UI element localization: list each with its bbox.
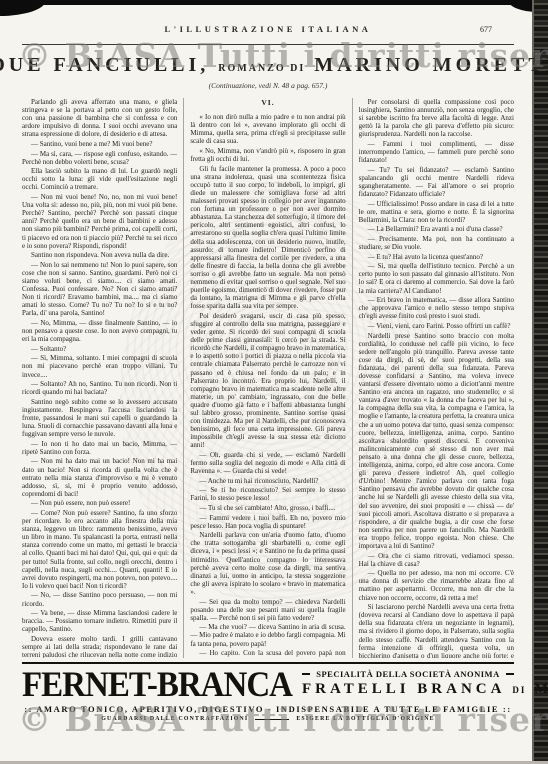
page-number: 677 [480,25,492,34]
paragraph: Nardelli prese Santino sotto braccio con… [359,332,514,551]
ad-dash-right [506,673,514,675]
title-author: MARINO MORETTI. [314,54,548,77]
ad-right-block: SPECIALITÀ DELLA SOCIETÀ ANONIMA FRATELL… [292,667,514,698]
fernet-branca-ad: FERNET-BRANCA SPECIALITÀ DELLA SOCIETÀ A… [22,662,514,722]
paragraph: « Io non dirò nulla a mio padre e tu non… [190,113,345,145]
paragraph: — Non mi vuoi bene! No, no, non mi vuoi … [22,193,177,250]
paragraph: — Non mi ha dato mai un bacio! Non mi ha… [22,457,177,497]
paragraph: Gli fu facile mantener la promessa. A po… [190,165,345,311]
paragraph: — Se ti ho riconosciuto? Sei sempre lo s… [190,486,345,502]
chapter-heading: VI. [190,99,345,107]
book-binding-strip [532,0,548,764]
ad-specialty: SPECIALITÀ DELLA SOCIETÀ ANONIMA [316,669,499,679]
paragraph: — Sì, Mimma, soltanto. I miei compagni d… [22,354,177,378]
article-title: I DUE FANCIULLI, ROMANZO DI MARINO MORET… [22,54,514,77]
paragraph: — Ora che ci siamo ritrovati, vediamoci … [359,552,514,568]
ad-company-city: MILANO [534,681,548,697]
paragraph: — Ma che vuoi? — diceva Santino in aria … [190,623,345,647]
journal-header: L'ILLUSTRAZIONE ITALIANA 677 [22,24,514,42]
paragraph: — Santino, vuoi bene a me? Mi vuoi bene? [22,140,177,148]
paragraph: — La Bellarmini? Era avanti a noi d'una … [359,225,514,233]
paragraph: — Soltanto? [22,345,177,353]
paragraph: Santino non rispondeva. Non aveva nulla … [22,251,177,259]
paragraph: Parlando gli aveva afferrato una mano, e… [22,98,177,138]
paragraph: Ella lasciò subito la mano di lui. Lo gu… [22,167,177,191]
paragraph: Poi desiderò svagarsi, uscir di casa più… [190,312,345,450]
paragraph: — Va bene, — disse Mimma lasciandosi cad… [22,609,177,633]
header-rule [22,44,514,45]
paragraph: — Eri bravo in matematica, — disse allor… [359,296,514,320]
paragraph: — Tu? Tu sei fidanzato? — esclamò Santin… [359,166,514,198]
scan-top-edge [0,0,548,5]
ad-top-row: FERNET-BRANCA SPECIALITÀ DELLA SOCIETÀ A… [22,667,514,701]
paragraph: — Sì, ma quella dell'istituto tecnico. P… [359,262,514,294]
paragraph: — Sei qua da molto tempo? — chiedeva Nar… [190,598,345,622]
paragraph: — Precisamente. Ma poi, non ha continuat… [359,235,514,251]
ad-brand-name: FERNET-BRANCA [22,667,292,704]
paragraph: — Oh, guarda chi si vede, — esclamò Nard… [190,451,345,475]
text-column-2: VI.« Io non dirò nulla a mio padre e tu … [183,98,345,658]
paragraph: — Tu sì che sei cambiato! Alto, grosso, … [190,504,345,512]
text-column-1: Parlando gli aveva afferrato una mano, e… [22,98,177,658]
paragraph: Santino negò subito come se lo avessero … [22,398,177,438]
ad-company: FRATELLI BRANCA DI MILANO [302,681,514,698]
title-main: I DUE FANCIULLI, [0,54,209,77]
paragraph: « No, Mimma, non v'andrò più », risposer… [190,147,345,163]
article-columns: Parlando gli aveva afferrato una mano, e… [22,98,514,658]
paragraph: Doveva essere molto tardi. I grilli cant… [22,635,177,658]
paragraph: — Ufficialissimo! Posso andare in casa d… [359,200,514,224]
paragraph: — Fammi vedere i tuoi baffi. Eh no, pove… [190,514,345,530]
paragraph: — Anche tu mi hai riconosciuto, Nardelli… [190,477,345,485]
ad-company-di: DI [512,685,526,695]
ad-warning-right: ESIGERE LA BOTTIGLIA D'ORIGINE [296,716,434,722]
text-column-3: Per consolarsi di quella compassione cos… [352,98,514,658]
page-content: L'ILLUSTRAZIONE ITALIANA 677 I DUE FANCI… [22,10,514,722]
ad-dash-left [302,673,310,675]
ad-company-name: FRATELLI BRANCA [302,681,505,697]
paragraph: — Vieni, vieni, caro Farini. Posso offri… [359,322,514,330]
title-romanzo-label: ROMANZO DI [218,63,305,74]
continuation-note: (Continuazione, vedi N. 48 a pag. 657.) [22,81,514,90]
ad-warning-left: GUARDARSI DALLE CONTRAFFAZIONI [101,716,248,722]
paragraph: — Non lo sai nemmeno tu! Non lo puoi sap… [22,261,177,318]
paragraph: — Non può essere, non può essere! [22,499,177,507]
ad-warning-dash [255,719,289,720]
ad-tagline: :: AMARO TONICO, APERITIVO, DIGESTIVO - … [22,704,514,714]
ad-warning-row: GUARDARSI DALLE CONTRAFFAZIONI ESIGERE L… [22,716,514,722]
paragraph: — Fammi i tuoi complimenti, — disse inte… [359,140,514,164]
paragraph: Per consolarsi di quella compassione cos… [359,98,514,138]
paragraph: — No, — disse Santino poco persuaso, — n… [22,591,177,607]
paragraph: — Io non ti ho dato mai un bacio, Mimma,… [22,440,177,456]
ad-specialty-row: SPECIALITÀ DELLA SOCIETÀ ANONIMA [302,669,514,679]
paragraph: — Ma sì, cara, — rispose egli confuso, e… [22,150,177,166]
paragraph: — Quella no per adesso, ma non mi occorr… [359,569,514,601]
paragraph: — Ho capito. Con la scusa del povero pap… [190,649,345,658]
journal-title: L'ILLUSTRAZIONE ITALIANA [22,24,514,34]
paragraph: — Come? Non può essere? Santino, fa uno … [22,509,177,590]
paragraph: — No, Mimma, — disse finalmente Santino,… [22,319,177,343]
scanned-page: © BiASA Tutti i diritti riservati © BiAS… [0,0,548,764]
paragraph: — E tu? Hai avuto la licenza quest'anno? [359,253,514,261]
paragraph: Si lasciarono perchè Nardelli aveva una … [359,603,514,658]
paragraph: — Soltanto? Ah no, Santino. Tu non ricor… [22,380,177,396]
paragraph: Nardelli parlava con un'aria d'uomo fatt… [190,531,345,596]
